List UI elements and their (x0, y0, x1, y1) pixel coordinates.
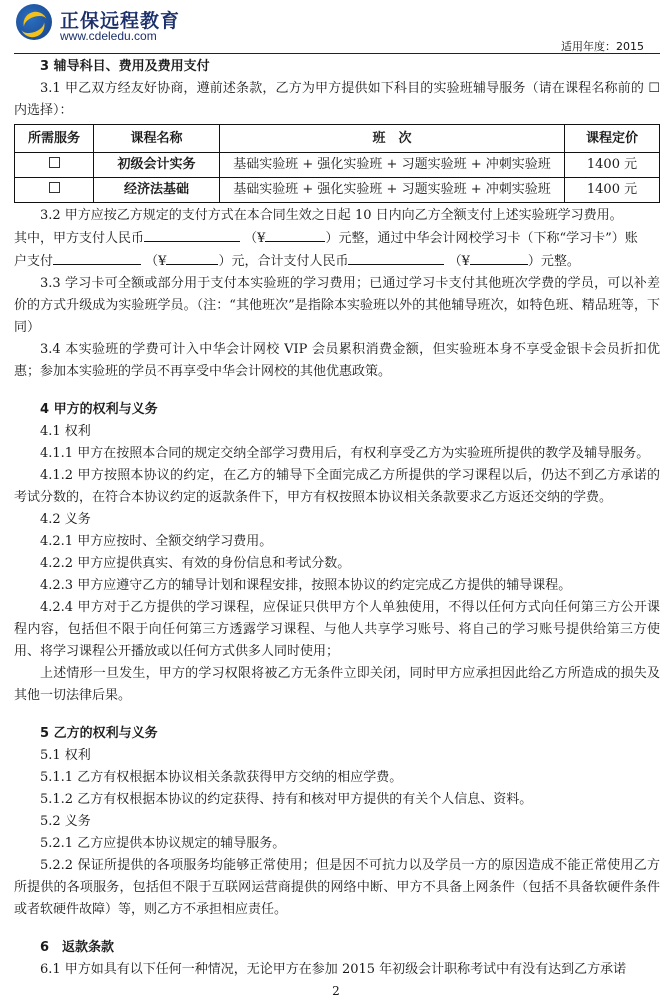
course-price: 1400 元 (565, 178, 660, 203)
page-header: 正保远程教育 www.cdeledu.com 适用年度：2015 (0, 0, 672, 52)
header-divider (14, 53, 660, 54)
text-segment: ）元整。 (528, 254, 580, 269)
course-price: 1400 元 (565, 153, 660, 178)
clause-4-2-1: 4.2.1 甲方应按时、全额交纳学习费用。 (14, 531, 660, 553)
clause-5-1-1: 5.1.1 乙方有权根据本协议相关条款获得甲方交纳的相应学费。 (14, 767, 660, 789)
page-number: 2 (0, 984, 672, 998)
clause-3-3: 3.3 学习卡可全额或部分用于支付本实验班的学习费用；已通过学习卡支付其他班次学… (14, 273, 660, 339)
course-name: 经济法基础 (94, 178, 220, 203)
clause-5-1-2: 5.1.2 乙方有权根据本协议的约定获得、持有和核对甲方提供的有关个人信息、资料… (14, 789, 660, 811)
text-segment: ）元整，通过中华会计网校学习卡（下称“学习卡”）账 (325, 231, 637, 246)
section-4-heading: 4 甲方的权利与义务 (14, 399, 660, 421)
table-header-row: 所需服务 课程名称 班 次 课程定价 (15, 125, 660, 153)
clause-5-2-2: 5.2.2 保证所提供的各项服务均能够正常使用；但是因不可抗力以及学员一方的原因… (14, 855, 660, 921)
rmb-amount-blank[interactable] (144, 227, 240, 242)
clause-4-2: 4.2 义务 (14, 509, 660, 531)
col-course: 课程名称 (94, 125, 220, 153)
clause-6-1: 6.1 甲方如具有以下任何一种情况，无论甲方在参加 2015 年初级会计职称考试… (14, 959, 660, 981)
clause-4-1-2: 4.1.2 甲方按照本协议的约定，在乙方的辅导下全面完成乙方所提供的学习课程以后… (14, 465, 660, 509)
clause-3-1: 3.1 甲乙双方经友好协商，遵前述条款，乙方为甲方提供如下科目的实验班辅导服务（… (14, 78, 660, 122)
card-yen-blank[interactable] (166, 250, 218, 265)
service-checkbox[interactable] (15, 178, 94, 203)
total-amount-blank[interactable] (348, 250, 444, 265)
text-segment: 其中，甲方支付人民币 (14, 231, 144, 246)
checkbox-icon[interactable] (49, 157, 60, 168)
clause-5-1: 5.1 权利 (14, 745, 660, 767)
clause-4-1-1: 4.1.1 甲方在按照本合同的规定交纳全部学习费用后，有权利享受乙方为实验班所提… (14, 443, 660, 465)
clause-3-2: 3.2 甲方应按乙方规定的支付方式在本合同生效之日起 10 日内向乙方全额支付上… (14, 205, 660, 227)
card-amount-blank[interactable] (53, 250, 141, 265)
text-segment: ）元，合计支付人民币 (218, 254, 348, 269)
yen-amount-blank[interactable] (265, 227, 325, 242)
text-segment: 户支付 (14, 254, 53, 269)
text-segment: （¥ (449, 254, 470, 269)
table-row: 经济法基础 基础实验班 + 强化实验班 + 习题实验班 + 冲刺实验班 1400… (15, 178, 660, 203)
section-3-heading: 3 辅导科目、费用及费用支付 (14, 56, 660, 78)
table-row: 初级会计实务 基础实验班 + 强化实验班 + 习题实验班 + 冲刺实验班 140… (15, 153, 660, 178)
clause-3-2-line2: 其中，甲方支付人民币 （¥）元整，通过中华会计网校学习卡（下称“学习卡”）账 (14, 227, 660, 250)
section-6-heading: 6 返款条款 (14, 937, 660, 959)
total-yen-blank[interactable] (470, 250, 528, 265)
col-classes: 班 次 (220, 125, 565, 153)
course-name: 初级会计实务 (94, 153, 220, 178)
text-segment: （¥ (244, 231, 265, 246)
clause-4-2-5: 上述情形一旦发生，甲方的学习权限将被乙方无条件立即关闭，同时甲方应承担因此给乙方… (14, 663, 660, 707)
clause-4-2-2: 4.2.2 甲方应提供真实、有效的身份信息和考试分数。 (14, 553, 660, 575)
clause-3-2-line3: 户支付 （¥）元，合计支付人民币 （¥）元整。 (14, 250, 660, 273)
clause-5-2-1: 5.2.1 乙方应提供本协议规定的辅导服务。 (14, 833, 660, 855)
service-checkbox[interactable] (15, 153, 94, 178)
course-classes: 基础实验班 + 强化实验班 + 习题实验班 + 冲刺实验班 (220, 178, 565, 203)
course-classes: 基础实验班 + 强化实验班 + 习题实验班 + 冲刺实验班 (220, 153, 565, 178)
applicable-year: 适用年度：2015 (561, 38, 644, 54)
logo-icon (16, 4, 52, 40)
logo-url: www.cdeledu.com (60, 29, 157, 43)
clause-4-2-4: 4.2.4 甲方对于乙方提供的学习课程，应保证只供甲方个人单独使用，不得以任何方… (14, 597, 660, 663)
clause-5-2: 5.2 义务 (14, 811, 660, 833)
clause-4-1: 4.1 权利 (14, 421, 660, 443)
checkbox-icon[interactable] (49, 182, 60, 193)
col-price: 课程定价 (565, 125, 660, 153)
section-5-heading: 5 乙方的权利与义务 (14, 723, 660, 745)
document-body: 3 辅导科目、费用及费用支付 3.1 甲乙双方经友好协商，遵前述条款，乙方为甲方… (14, 56, 660, 981)
clause-3-4: 3.4 本实验班的学费可计入中华会计网校 VIP 会员累积消费金额，但实验班本身… (14, 339, 660, 383)
col-service: 所需服务 (15, 125, 94, 153)
clause-4-2-3: 4.2.3 甲方应遵守乙方的辅导计划和课程安排，按照本协议的约定完成乙方提供的辅… (14, 575, 660, 597)
text-segment: （¥ (145, 254, 166, 269)
course-table: 所需服务 课程名称 班 次 课程定价 初级会计实务 基础实验班 + 强化实验班 … (14, 124, 660, 203)
